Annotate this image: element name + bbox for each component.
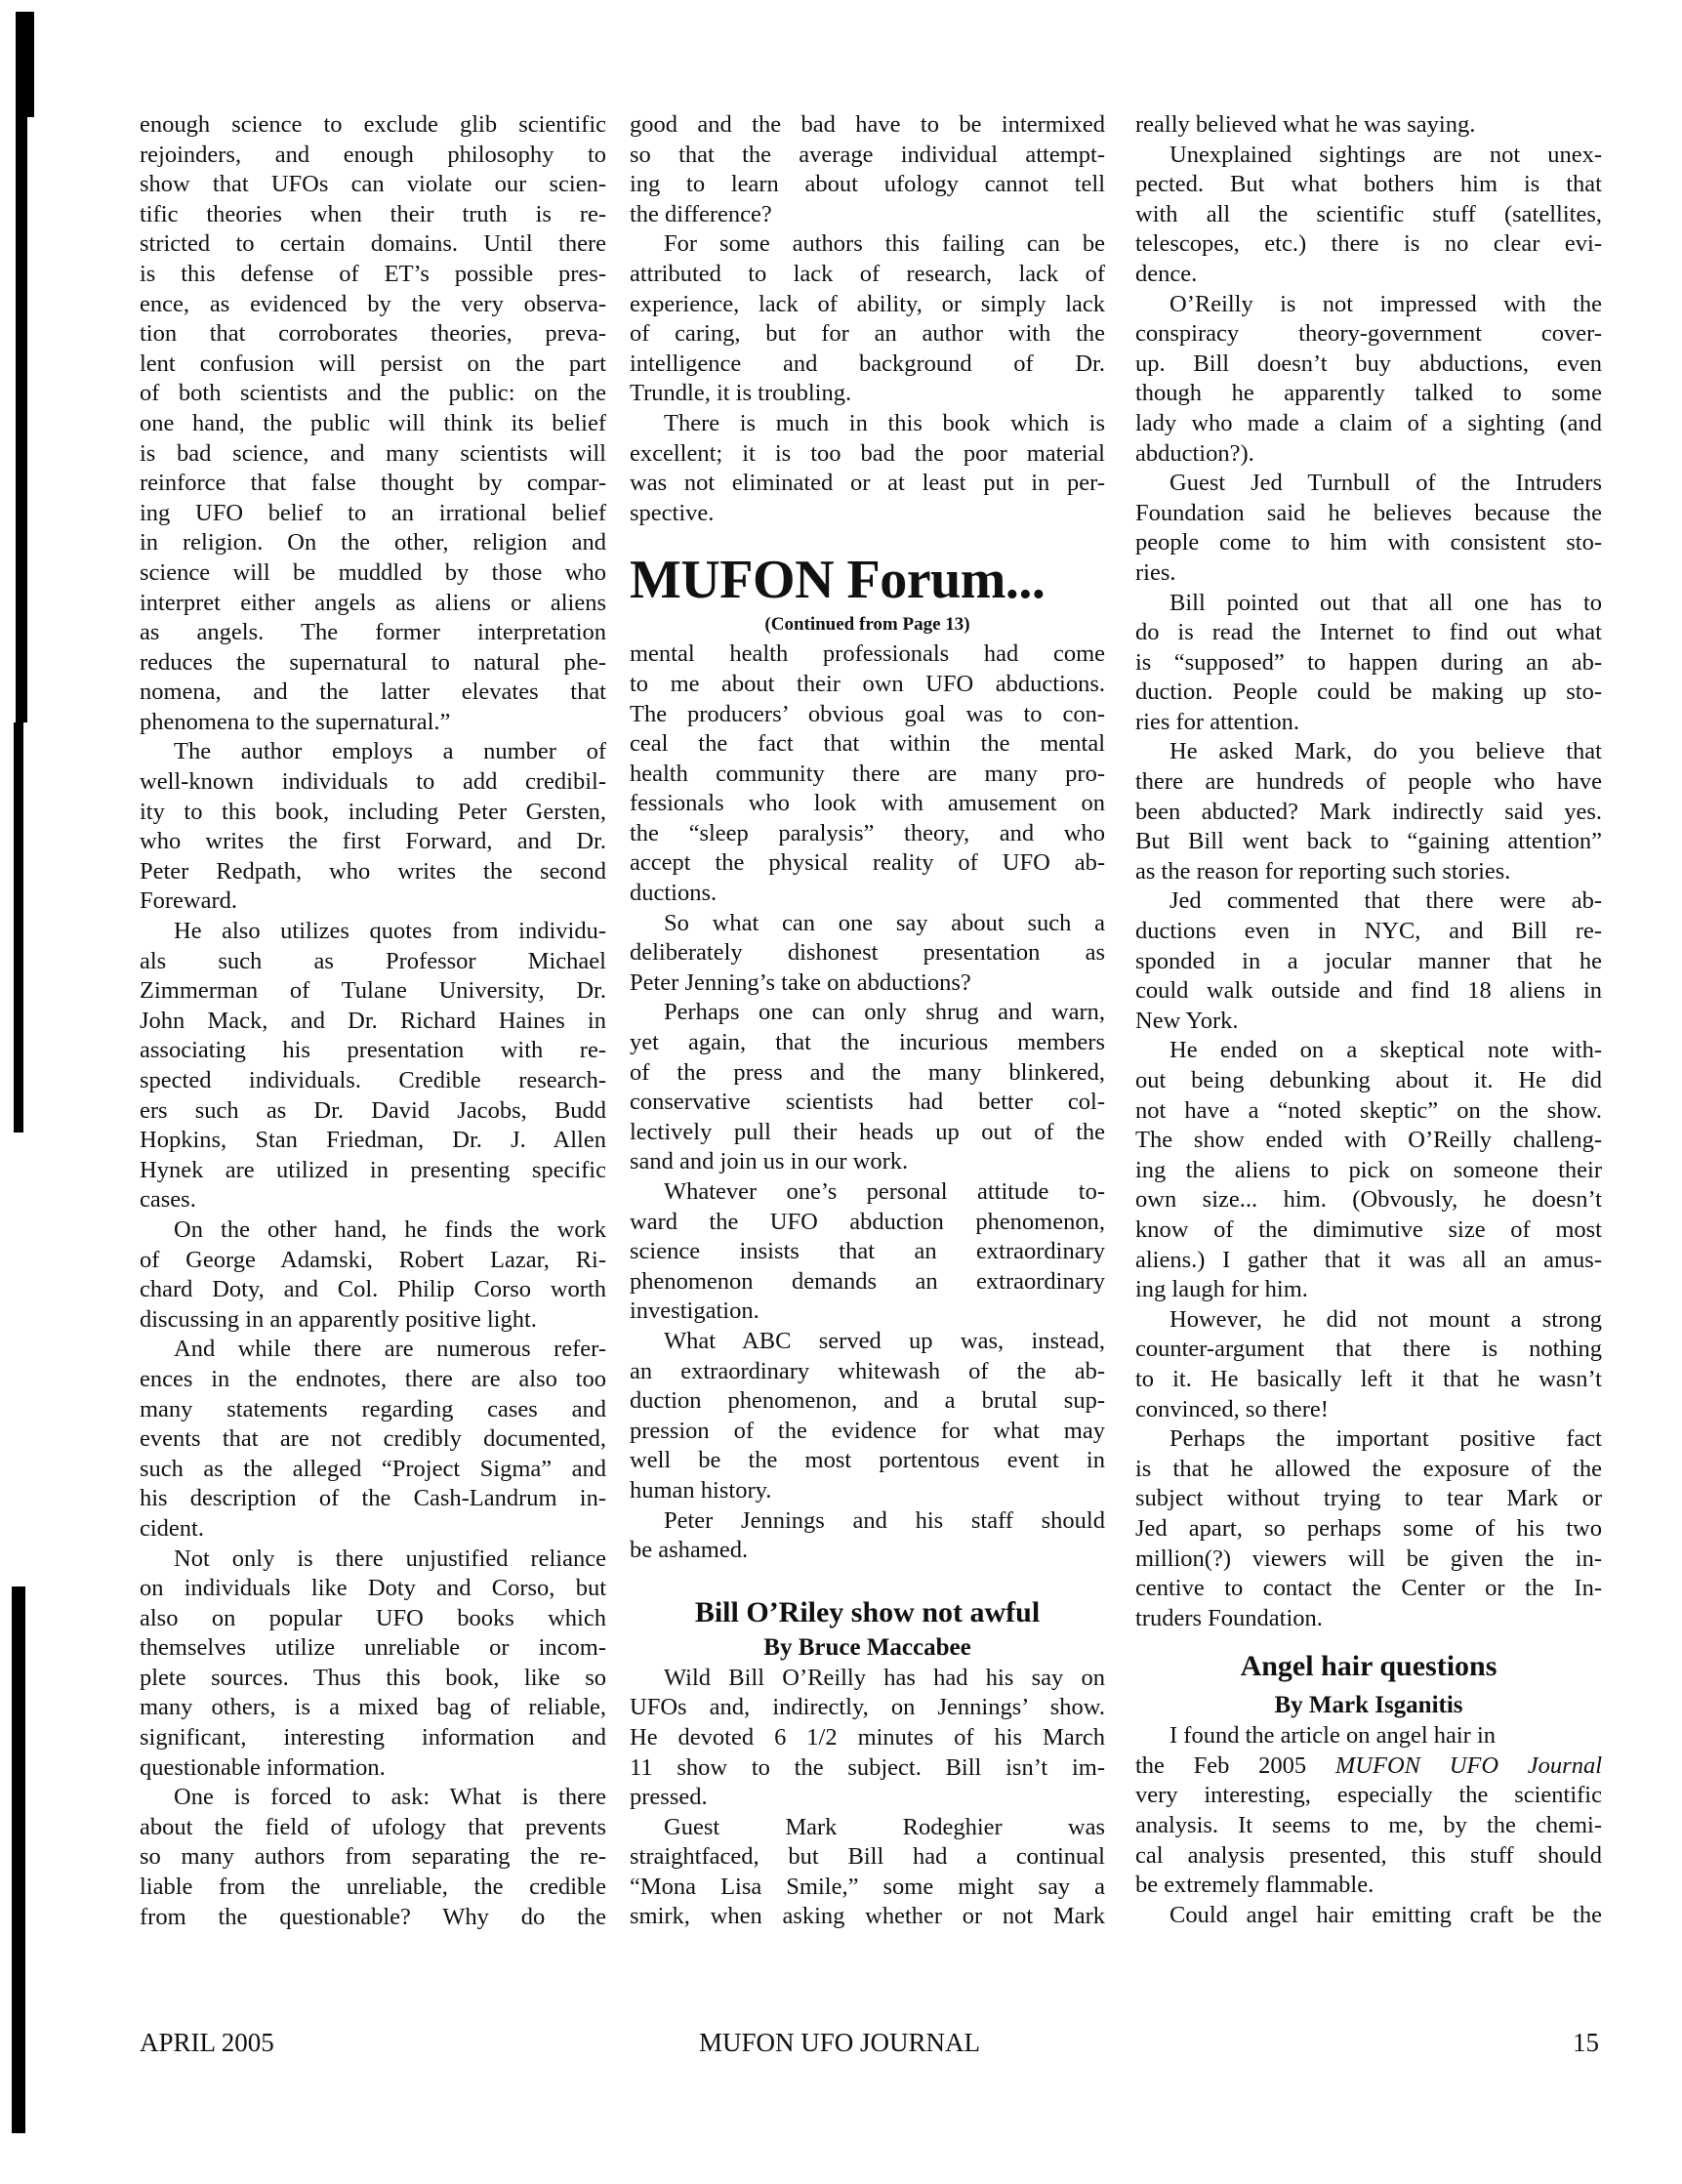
text-line: convinced, so there! bbox=[1135, 1395, 1602, 1425]
text-line: ing laugh for him. bbox=[1135, 1275, 1602, 1305]
scan-edge-bar-bottom bbox=[12, 1586, 25, 2133]
text-line: attributed to lack of research, lack of bbox=[630, 260, 1105, 290]
text-line: be extremely flammable. bbox=[1135, 1871, 1602, 1901]
text-line: an extraordinary whitewash of the ab- bbox=[630, 1357, 1105, 1387]
paragraph: He also utilizes quotes from individu-al… bbox=[140, 917, 606, 1216]
text-line: Zimmerman of Tulane University, Dr. bbox=[140, 976, 606, 1007]
text-line: such as the alleged “Project Sigma” and bbox=[140, 1455, 606, 1485]
text-line: Guest Jed Turnbull of the Intruders bbox=[1135, 469, 1602, 499]
paragraph: The author employs a number ofwell-known… bbox=[140, 737, 606, 917]
text-line: There is much in this book which is bbox=[630, 409, 1105, 439]
text-line: Perhaps the important positive fact bbox=[1135, 1424, 1602, 1455]
spacer bbox=[630, 1566, 1105, 1593]
text-line: truders Foundation. bbox=[1135, 1604, 1602, 1634]
scan-edge-bar-mid bbox=[14, 722, 23, 1133]
text-line: spected individuals. Credible research- bbox=[140, 1066, 606, 1096]
text-line: Unexplained sightings are not unex- bbox=[1135, 141, 1602, 171]
column-right: really believed what he was saying.Unexp… bbox=[1135, 110, 1602, 1930]
text-line: He also utilizes quotes from individu- bbox=[140, 917, 606, 947]
paragraph: really believed what he was saying. bbox=[1135, 110, 1602, 141]
text-line: What ABC served up was, instead, bbox=[630, 1327, 1105, 1357]
text-line: in religion. On the other, religion and bbox=[140, 528, 606, 558]
text-line: human history. bbox=[630, 1476, 1105, 1506]
scan-edge-bar-top bbox=[16, 12, 34, 117]
text-line: UFOs and, indirectly, on Jennings’ show. bbox=[630, 1693, 1105, 1723]
text-line: health community there are many pro- bbox=[630, 760, 1105, 790]
text-line: ence, as evidenced by the very observa- bbox=[140, 290, 606, 320]
text-line: Peter Jenning’s take on abductions? bbox=[630, 968, 1105, 999]
column-middle: good and the bad have to be intermixedso… bbox=[630, 110, 1105, 1932]
paragraph: O’Reilly is not impressed with theconspi… bbox=[1135, 290, 1602, 470]
text-line: telescopes, etc.) there is no clear evi- bbox=[1135, 229, 1602, 260]
text-line: I found the article on angel hair in bbox=[1135, 1721, 1602, 1751]
text-line: many statements regarding cases and bbox=[140, 1395, 606, 1425]
text-line: up. Bill doesn’t buy abductions, even bbox=[1135, 350, 1602, 380]
text-line: of both scientists and the public: on th… bbox=[140, 379, 606, 409]
text-line: Peter Redpath, who writes the second bbox=[140, 857, 606, 887]
text-line: know of the dimimutive size of most bbox=[1135, 1216, 1602, 1246]
text-line: But Bill went back to “gaining attention… bbox=[1135, 827, 1602, 857]
text-line: discussing in an apparently positive lig… bbox=[140, 1305, 606, 1336]
text-line: He devoted 6 1/2 minutes of his March bbox=[630, 1723, 1105, 1753]
text-line: be ashamed. bbox=[630, 1536, 1105, 1566]
text-line: dence. bbox=[1135, 260, 1602, 290]
paragraph: He asked Mark, do you believe thatthere … bbox=[1135, 737, 1602, 886]
text-line: cases. bbox=[140, 1185, 606, 1216]
paragraph: Jed commented that there were ab-duction… bbox=[1135, 886, 1602, 1036]
text-line: ing UFO belief to an irrational belief bbox=[140, 499, 606, 529]
text-line: tion that corroborates theories, preva- bbox=[140, 319, 606, 350]
text-line: one hand, the public will think its beli… bbox=[140, 409, 606, 439]
text-line: own size... him. (Obvously, he doesn’t bbox=[1135, 1185, 1602, 1216]
text-line: questionable information. bbox=[140, 1753, 606, 1784]
text-line: out being debunking about it. He did bbox=[1135, 1066, 1602, 1096]
text-line: of George Adamski, Robert Lazar, Ri- bbox=[140, 1246, 606, 1276]
paragraph: Guest Jed Turnbull of the IntrudersFound… bbox=[1135, 469, 1602, 588]
text-line: events that are not credibly documented, bbox=[140, 1424, 606, 1455]
text-line: also on popular UFO books which bbox=[140, 1604, 606, 1634]
paragraph: enough science to exclude glib scientifi… bbox=[140, 110, 606, 737]
text-line: themselves utilize unreliable or incom- bbox=[140, 1633, 606, 1664]
text-line: not have a “noted skeptic” on the show. bbox=[1135, 1096, 1602, 1127]
text-line: New York. bbox=[1135, 1007, 1602, 1037]
paragraph: However, he did not mount a strongcounte… bbox=[1135, 1305, 1602, 1424]
text-line: sponded in a jocular manner that he bbox=[1135, 947, 1602, 977]
paragraph: One is forced to ask: What is thereabout… bbox=[140, 1783, 606, 1932]
text-line: nomena, and the latter elevates that bbox=[140, 678, 606, 708]
text-line: is bad science, and many scientists will bbox=[140, 439, 606, 470]
text-line: on individuals like Doty and Corso, but bbox=[140, 1574, 606, 1604]
paragraph: Wild Bill O’Reilly has had his say onUFO… bbox=[630, 1664, 1105, 1813]
text-line: tific theories when their truth is re- bbox=[140, 200, 606, 230]
text-line: The author employs a number of bbox=[140, 737, 606, 767]
paragraph: very interesting, especially the scienti… bbox=[1135, 1781, 1602, 1900]
text-line: Wild Bill O’Reilly has had his say on bbox=[630, 1664, 1105, 1694]
text-line: science will be muddled by those who bbox=[140, 558, 606, 589]
text-line: Hynek are utilized in presenting specifi… bbox=[140, 1156, 606, 1186]
text-line: lent confusion will persist on the part bbox=[140, 350, 606, 380]
text-line: do is read the Internet to find out what bbox=[1135, 618, 1602, 648]
paragraph: I found the article on angel hair in bbox=[1135, 1721, 1602, 1751]
text-line: pected. But what bothers him is that bbox=[1135, 170, 1602, 200]
text-line: of the press and the many blinkered, bbox=[630, 1058, 1105, 1089]
text-line: Jed commented that there were ab- bbox=[1135, 886, 1602, 917]
text-line: excellent; it is too bad the poor materi… bbox=[630, 439, 1105, 470]
text-line: pression of the evidence for what may bbox=[630, 1417, 1105, 1447]
paragraph: Perhaps the important positive factis th… bbox=[1135, 1424, 1602, 1633]
text-line: to it. He basically left it that he wasn… bbox=[1135, 1365, 1602, 1395]
text-line: One is forced to ask: What is there bbox=[140, 1783, 606, 1813]
oriley-article-title: Bill O’Riley show not awful bbox=[630, 1593, 1105, 1632]
text-line: show that UFOs can violate our scien- bbox=[140, 170, 606, 200]
text-line: duction phenomenon, and a brutal sup- bbox=[630, 1386, 1105, 1417]
text-line: He asked Mark, do you believe that bbox=[1135, 737, 1602, 767]
text-line: about the field of ufology that prevents bbox=[140, 1813, 606, 1843]
text-line: Hopkins, Stan Friedman, Dr. J. Allen bbox=[140, 1126, 606, 1156]
text-line: O’Reilly is not impressed with the bbox=[1135, 290, 1602, 320]
text-line: “Mona Lisa Smile,” some might say a bbox=[630, 1873, 1105, 1903]
paragraph: He ended on a skeptical note with-out be… bbox=[1135, 1036, 1602, 1304]
text-line: intelligence and background of Dr. bbox=[630, 350, 1105, 380]
text-line: is that he allowed the exposure of the bbox=[1135, 1455, 1602, 1485]
text-line: pressed. bbox=[630, 1783, 1105, 1813]
text-line: really believed what he was saying. bbox=[1135, 110, 1602, 141]
text-line: ductions even in NYC, and Bill re- bbox=[1135, 917, 1602, 947]
text-line: sand and join us in our work. bbox=[630, 1147, 1105, 1177]
text-segment: the Feb 2005 bbox=[1135, 1752, 1335, 1779]
text-line: ing to learn about ufology cannot tell bbox=[630, 170, 1105, 200]
text-line: als such as Professor Michael bbox=[140, 947, 606, 977]
text-line: Foreward. bbox=[140, 886, 606, 917]
footer-publication: MUFON UFO JOURNAL bbox=[699, 2026, 980, 2059]
text-line: Could angel hair emitting craft be the bbox=[1135, 1901, 1602, 1931]
text-line: ceal the fact that within the mental bbox=[630, 729, 1105, 760]
text-line: yet again, that the incurious members bbox=[630, 1028, 1105, 1058]
text-line: liable from the unreliable, the credible bbox=[140, 1873, 606, 1903]
text-line: ries for attention. bbox=[1135, 708, 1602, 738]
text-line: ward the UFO abduction phenomenon, bbox=[630, 1208, 1105, 1238]
text-line: reinforce that false thought by compar- bbox=[140, 469, 606, 499]
text-line: The show ended with O’Reilly challeng- bbox=[1135, 1126, 1602, 1156]
paragraph: Not only is there unjustified relianceon… bbox=[140, 1545, 606, 1784]
text-line: abduction?). bbox=[1135, 439, 1602, 470]
text-line: plete sources. Thus this book, like so bbox=[140, 1664, 606, 1694]
text-line: interpret either angels as aliens or ali… bbox=[140, 589, 606, 619]
publication-title-italic: MUFON UFO Journal bbox=[1335, 1752, 1602, 1779]
text-line: analysis. It seems to me, by the chemi- bbox=[1135, 1811, 1602, 1841]
text-line: 11 show to the subject. Bill isn’t im- bbox=[630, 1753, 1105, 1784]
paragraph: Peter Jennings and his staff shouldbe as… bbox=[630, 1506, 1105, 1566]
text-line: who writes the first Forward, and Dr. bbox=[140, 827, 606, 857]
text-line: stricted to certain domains. Until there bbox=[140, 229, 606, 260]
text-line: So what can one say about such a bbox=[630, 909, 1105, 939]
continued-from-note: (Continued from Page 13) bbox=[630, 610, 1105, 639]
text-line: well be the most portentous event in bbox=[630, 1446, 1105, 1476]
text-line: smirk, when asking whether or not Mark bbox=[630, 1902, 1105, 1932]
text-line: Peter Jennings and his staff should bbox=[630, 1506, 1105, 1537]
text-line: the “sleep paralysis” theory, and who bbox=[630, 819, 1105, 849]
text-line: significant, interesting information and bbox=[140, 1723, 606, 1753]
text-line: counter-argument that there is nothing bbox=[1135, 1335, 1602, 1365]
text-line: good and the bad have to be intermixed bbox=[630, 110, 1105, 141]
text-line: been abducted? Mark indirectly said yes. bbox=[1135, 798, 1602, 828]
paragraph: On the other hand, he finds the workof G… bbox=[140, 1216, 606, 1335]
text-line: lectively pull their heads up out of the bbox=[630, 1118, 1105, 1148]
text-line: He ended on a skeptical note with- bbox=[1135, 1036, 1602, 1066]
text-line: rejoinders, and enough philosophy to bbox=[140, 141, 606, 171]
mufon-forum-title: MUFON Forum... bbox=[630, 550, 1105, 610]
column-left: enough science to exclude glib scientifi… bbox=[140, 110, 606, 1932]
text-line: from the questionable? Why do the bbox=[140, 1903, 606, 1933]
paragraph: Whatever one’s personal attitude to-ward… bbox=[630, 1177, 1105, 1327]
text-line: Guest Mark Rodeghier was bbox=[630, 1813, 1105, 1843]
angel-hair-article-title: Angel hair questions bbox=[1135, 1647, 1602, 1686]
text-line: spective. bbox=[630, 499, 1105, 529]
text-line: million(?) viewers will be given the in- bbox=[1135, 1545, 1602, 1575]
text-line: with all the scientific stuff (satellite… bbox=[1135, 200, 1602, 230]
paragraph: What ABC served up was, instead,an extra… bbox=[630, 1327, 1105, 1506]
text-line: ductions. bbox=[630, 879, 1105, 909]
text-line: people come to him with consistent sto- bbox=[1135, 528, 1602, 558]
text-line: straightfaced, but Bill had a continual bbox=[630, 1842, 1105, 1873]
text-line: of caring, but for an author with the bbox=[630, 319, 1105, 350]
text-line: ing the aliens to pick on someone their bbox=[1135, 1156, 1602, 1186]
text-line: mental health professionals had come bbox=[630, 639, 1105, 670]
text-line: investigation. bbox=[630, 1297, 1105, 1327]
text-line: many others, is a mixed bag of reliable, bbox=[140, 1693, 606, 1723]
text-line: accept the physical reality of UFO ab- bbox=[630, 848, 1105, 879]
text-line: enough science to exclude glib scientifi… bbox=[140, 110, 606, 141]
oriley-article-byline: By Bruce Maccabee bbox=[630, 1632, 1105, 1664]
text-line: chard Doty, and Col. Philip Corso worth bbox=[140, 1275, 606, 1305]
spacer bbox=[1135, 1633, 1602, 1647]
text-line: was not eliminated or at least put in pe… bbox=[630, 469, 1105, 499]
text-line: cident. bbox=[140, 1514, 606, 1545]
text-line: Bill pointed out that all one has to bbox=[1135, 589, 1602, 619]
text-line: conspiracy theory-government cover- bbox=[1135, 319, 1602, 350]
text-line: well-known individuals to add credibil- bbox=[140, 767, 606, 798]
text-line: Jed apart, so perhaps some of his two bbox=[1135, 1514, 1602, 1545]
text-line: fessionals who look with amusement on bbox=[630, 789, 1105, 819]
text-line: Foundation said he believes because the bbox=[1135, 499, 1602, 529]
text-line: phenomena to the supernatural.” bbox=[140, 708, 606, 738]
text-line: deliberately dishonest presentation as bbox=[630, 938, 1105, 968]
paragraph: Could angel hair emitting craft be the bbox=[1135, 1901, 1602, 1931]
text-line: is this defense of ET’s possible pres- bbox=[140, 260, 606, 290]
text-line: as the reason for reporting such stories… bbox=[1135, 857, 1602, 887]
text-line: could walk outside and find 18 aliens in bbox=[1135, 976, 1602, 1007]
text-line: as angels. The former interpretation bbox=[140, 618, 606, 648]
text-line: Not only is there unjustified reliance bbox=[140, 1545, 606, 1575]
text-line: though he apparently talked to some bbox=[1135, 379, 1602, 409]
text-line: to me about their own UFO abductions. bbox=[630, 670, 1105, 700]
text-line: Trundle, it is troubling. bbox=[630, 379, 1105, 409]
text-line: duction. People could be making up sto- bbox=[1135, 678, 1602, 708]
text-line: so many authors from separating the re- bbox=[140, 1842, 606, 1873]
paragraph: There is much in this book which isexcel… bbox=[630, 409, 1105, 528]
text-line: Whatever one’s personal attitude to- bbox=[630, 1177, 1105, 1208]
text-line: centive to contact the Center or the In- bbox=[1135, 1574, 1602, 1604]
paragraph: Unexplained sightings are not unex-pecte… bbox=[1135, 141, 1602, 290]
scan-edge-bar-upper bbox=[16, 117, 27, 722]
text-line: Perhaps one can only shrug and warn, bbox=[630, 998, 1105, 1028]
text-line: so that the average individual attempt- bbox=[630, 141, 1105, 171]
text-line: lady who made a claim of a sighting (and bbox=[1135, 409, 1602, 439]
text-line: ers such as Dr. David Jacobs, Budd bbox=[140, 1096, 606, 1127]
text-line: aliens.) I gather that it was all an amu… bbox=[1135, 1246, 1602, 1276]
text-line: phenomenon demands an extraordinary bbox=[630, 1267, 1105, 1298]
paragraph: mental health professionals had cometo m… bbox=[630, 639, 1105, 908]
text-line: there are hundreds of people who have bbox=[1135, 767, 1602, 798]
text-line: John Mack, and Dr. Richard Haines in bbox=[140, 1007, 606, 1037]
text-line: is “supposed” to happen during an ab- bbox=[1135, 648, 1602, 679]
text-line: ries. bbox=[1135, 558, 1602, 589]
text-line: very interesting, especially the scienti… bbox=[1135, 1781, 1602, 1811]
text-line: experience, lack of ability, or simply l… bbox=[630, 290, 1105, 320]
text-line: the difference? bbox=[630, 200, 1105, 230]
paragraph: Bill pointed out that all one has todo i… bbox=[1135, 589, 1602, 738]
text-line: subject without trying to tear Mark or bbox=[1135, 1484, 1602, 1514]
text-line: reduces the supernatural to natural phe- bbox=[140, 648, 606, 679]
paragraph: good and the bad have to be intermixedso… bbox=[630, 110, 1105, 229]
text-line: And while there are numerous refer- bbox=[140, 1335, 606, 1365]
angel-hair-article-byline: By Mark Isganitis bbox=[1135, 1690, 1602, 1721]
paragraph: And while there are numerous refer-ences… bbox=[140, 1335, 606, 1544]
footer-date: APRIL 2005 bbox=[140, 2026, 274, 2059]
text-line: conservative scientists had better col- bbox=[630, 1088, 1105, 1118]
paragraph: the Feb 2005 MUFON UFO Journal bbox=[1135, 1751, 1602, 1782]
footer-page-number: 15 bbox=[1573, 2026, 1599, 2059]
text-line: On the other hand, he finds the work bbox=[140, 1216, 606, 1246]
text-line: science insists that an extraordinary bbox=[630, 1237, 1105, 1267]
text-line: his description of the Cash-Landrum in- bbox=[140, 1484, 606, 1514]
text-line: cal analysis presented, this stuff shoul… bbox=[1135, 1841, 1602, 1872]
text-line: associating his presentation with re- bbox=[140, 1036, 606, 1066]
text-line: the Feb 2005 MUFON UFO Journal bbox=[1135, 1751, 1602, 1782]
text-line: ences in the endnotes, there are also to… bbox=[140, 1365, 606, 1395]
paragraph: For some authors this failing can beattr… bbox=[630, 229, 1105, 409]
paragraph: Guest Mark Rodeghier wasstraightfaced, b… bbox=[630, 1813, 1105, 1932]
text-line: For some authors this failing can be bbox=[630, 229, 1105, 260]
text-line: The producers’ obvious goal was to con- bbox=[630, 700, 1105, 730]
text-line: ity to this book, including Peter Gerste… bbox=[140, 798, 606, 828]
text-line: However, he did not mount a strong bbox=[1135, 1305, 1602, 1336]
paragraph: So what can one say about such adelibera… bbox=[630, 909, 1105, 999]
paragraph: Perhaps one can only shrug and warn,yet … bbox=[630, 998, 1105, 1177]
